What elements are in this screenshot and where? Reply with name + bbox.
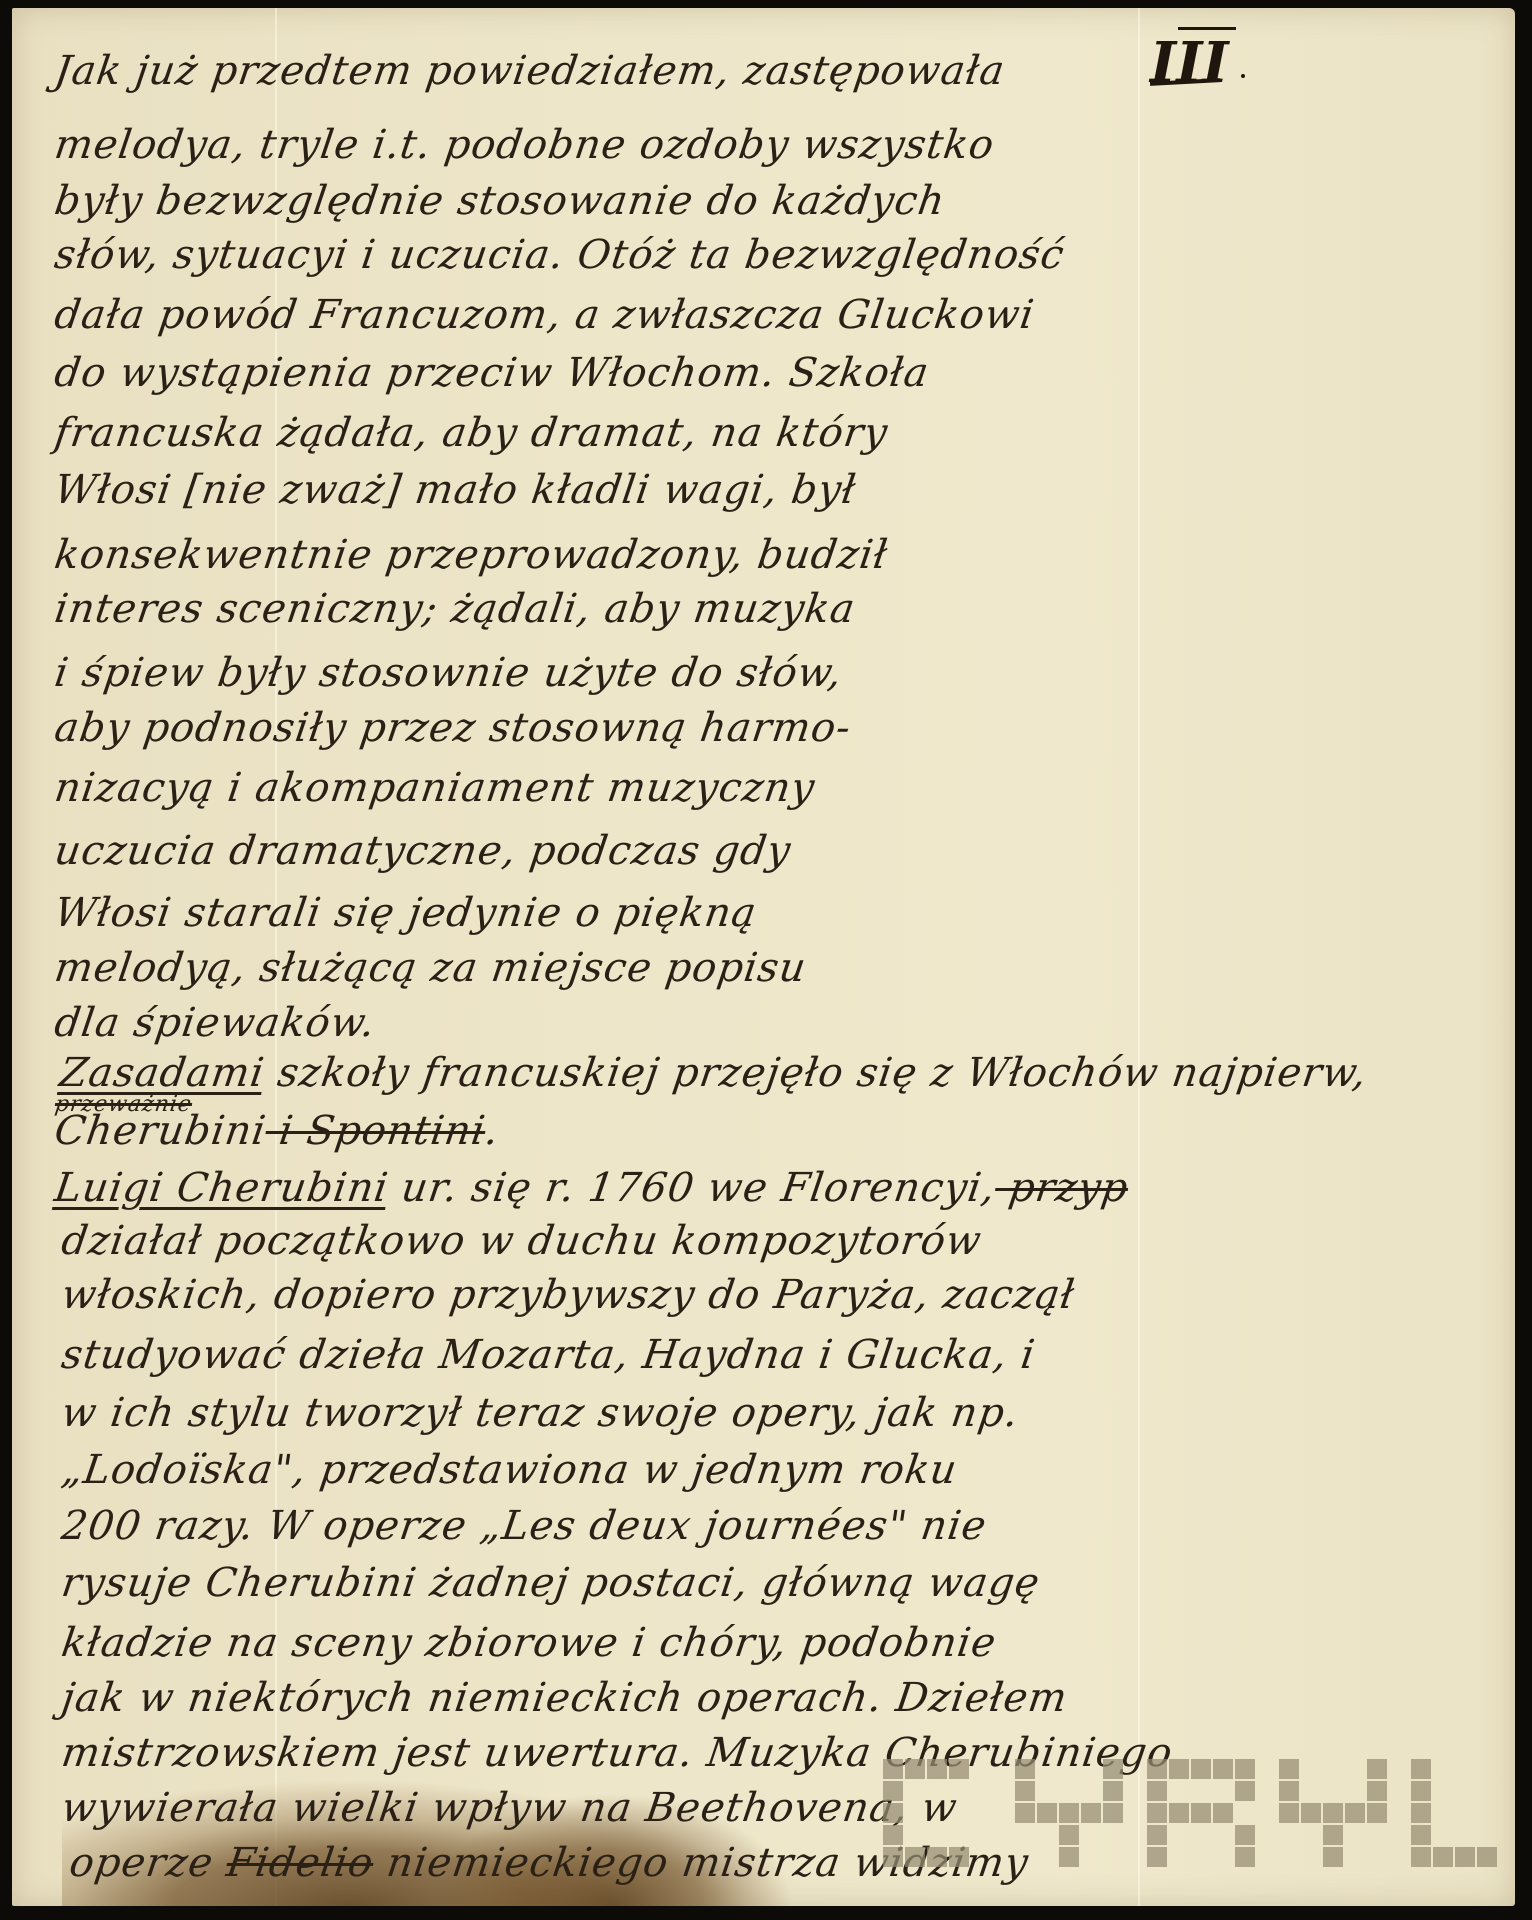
watermark-pixel <box>1411 1847 1431 1867</box>
watermark-pixel <box>1235 1759 1255 1779</box>
watermark-pixel <box>1103 1803 1123 1823</box>
watermark-pixel <box>1037 1803 1057 1823</box>
handwritten-line: 200 razy. W operze „Les deux journées" n… <box>59 1503 990 1549</box>
watermark-pixel <box>1213 1759 1233 1779</box>
underlined-word: Zasadami <box>57 1050 268 1096</box>
watermark-pixel <box>1059 1803 1079 1823</box>
watermark-pixel <box>1345 1803 1365 1823</box>
watermark-pixel <box>1147 1803 1167 1823</box>
watermark-pixel <box>1169 1759 1189 1779</box>
watermark-pixel <box>1169 1803 1189 1823</box>
watermark-pixel <box>1191 1803 1211 1823</box>
watermark-pixel <box>905 1847 925 1867</box>
watermark-pixel <box>1147 1825 1167 1845</box>
watermark-pixel <box>1323 1825 1343 1845</box>
watermark-pixel <box>1213 1803 1233 1823</box>
handwritten-line: do wystąpienia przeciw Włochom. Szkoła <box>52 350 932 396</box>
watermark-pixel <box>883 1825 903 1845</box>
watermark-pixel <box>1367 1759 1387 1779</box>
handwritten-line: dla śpiewaków. <box>52 1000 379 1046</box>
watermark-pixel <box>883 1847 903 1867</box>
watermark-pixel <box>1279 1803 1299 1823</box>
watermark-pixel <box>1015 1781 1035 1801</box>
watermark-pixel <box>883 1759 903 1779</box>
handwritten-line: Włosi starali się jedynie o piękną <box>52 890 760 936</box>
watermark-pixel <box>1411 1781 1431 1801</box>
handwritten-line: francuska żądała, aby dramat, na który <box>52 410 891 456</box>
watermark-pixel <box>1301 1803 1321 1823</box>
watermark-pixel <box>1455 1847 1475 1867</box>
watermark-pixel <box>1477 1847 1497 1867</box>
handwritten-line: Jak już przedtem powiedziałem, zastępowa… <box>52 48 1008 94</box>
handwritten-line: Włosi [nie zważ] mało kładli wagi, był <box>52 467 859 513</box>
handwritten-line: konsekwentnie przeprowadzony, budził <box>52 532 891 578</box>
watermark-pixel <box>927 1847 947 1867</box>
watermark-pixel <box>1103 1781 1123 1801</box>
handwritten-line: w ich stylu tworzył teraz swoje opery, j… <box>59 1390 1022 1436</box>
watermark-pixel <box>1059 1825 1079 1845</box>
watermark-pixel <box>1235 1825 1255 1845</box>
underlined-name: Luigi Cherubini <box>52 1165 392 1211</box>
watermark-pixel <box>927 1759 947 1779</box>
handwritten-line: kładzie na sceny zbiorowe i chóry, podob… <box>59 1620 1000 1666</box>
handwritten-line: słów, sytuacyi i uczucia. Otóż ta bezwzg… <box>52 232 1068 278</box>
watermark-pixel <box>1279 1781 1299 1801</box>
crossed-out-word: przyp <box>992 1165 1131 1211</box>
page-number: III <box>1150 30 1229 96</box>
watermark-pixel <box>1367 1803 1387 1823</box>
watermark-pixel <box>1279 1759 1299 1779</box>
handwritten-line: melodya, tryle i.t. podobne ozdoby wszys… <box>52 122 998 168</box>
handwritten-line: studyować dzieła Mozarta, Haydna i Gluck… <box>59 1332 1038 1378</box>
paper-fold <box>1138 8 1140 1906</box>
watermark-pixel <box>1081 1803 1101 1823</box>
watermark-pixel <box>1323 1803 1343 1823</box>
watermark-pixel <box>1059 1847 1079 1867</box>
watermark-pixel <box>949 1847 969 1867</box>
handwritten-line: mistrzowskiem jest uwertura. Muzyka Cher… <box>59 1730 1176 1776</box>
watermark-pixel <box>1235 1781 1255 1801</box>
handwritten-line: uczucia dramatyczne, podczas gdy <box>52 828 794 874</box>
handwritten-line: jak w niektórych niemieckich operach. Dz… <box>59 1675 1071 1721</box>
handwritten-line: melodyą, służącą za miejsce popisu <box>52 945 810 991</box>
handwritten-line: i śpiew były stosownie użyte do słów, <box>52 650 846 696</box>
handwritten-line: interes sceniczny; żądali, aby muzyka <box>52 586 859 632</box>
watermark-pixel <box>1323 1847 1343 1867</box>
handwritten-line: rysuje Cherubini żadnej postaci, główną … <box>59 1560 1043 1606</box>
handwritten-line: aby podnosiły przez stosowną harmo- <box>52 705 854 751</box>
watermark-pixel <box>1015 1759 1035 1779</box>
watermark-pixel <box>1411 1803 1431 1823</box>
watermark-pixel <box>1103 1759 1123 1779</box>
handwritten-line: działał początkowo w duchu kompozytorów <box>59 1218 985 1264</box>
watermark-pixel <box>1191 1759 1211 1779</box>
paragraph-2-line-3: Cherubini i Spontini. <box>52 1108 503 1154</box>
watermark-pixel <box>883 1781 903 1801</box>
watermark-pixel <box>1433 1847 1453 1867</box>
page-number-dot <box>1241 74 1245 78</box>
watermark-pixel <box>1147 1781 1167 1801</box>
crossed-out-word: i Spontini <box>263 1108 489 1154</box>
watermark-pixel <box>883 1803 903 1823</box>
crossed-out-word: Fidelio <box>224 1840 377 1886</box>
handwritten-line: dała powód Francuzom, a zwłaszcza Glucko… <box>52 292 1038 338</box>
handwritten-line: były bezwzględnie stosowanie do każdych <box>52 178 948 224</box>
handwritten-line: włoskich, dopiero przybywszy do Paryża, … <box>59 1272 1078 1318</box>
watermark-pixel <box>1411 1759 1431 1779</box>
watermark-pixel <box>1235 1847 1255 1867</box>
paragraph-2-line-1: Zasadami szkoły francuskiej przejęło się… <box>57 1050 1370 1096</box>
handwritten-line: wywierała wielki wpływ na Beethovena, w <box>59 1785 961 1831</box>
watermark-pixel <box>949 1759 969 1779</box>
watermark-pixel <box>1147 1847 1167 1867</box>
watermark-pixel <box>905 1759 925 1779</box>
handwritten-line: „Lodoïska", przedstawiona w jednym roku <box>59 1447 961 1493</box>
watermark-pixel <box>1411 1825 1431 1845</box>
watermark-pixel <box>1367 1781 1387 1801</box>
watermark-pixel <box>1147 1759 1167 1779</box>
watermark-pixel <box>1015 1803 1035 1823</box>
paragraph-2-line-4: Luigi Cherubini ur. się r. 1760 we Flore… <box>52 1165 1132 1211</box>
handwritten-line: nizacyą i akompaniament muzyczny <box>52 765 818 811</box>
